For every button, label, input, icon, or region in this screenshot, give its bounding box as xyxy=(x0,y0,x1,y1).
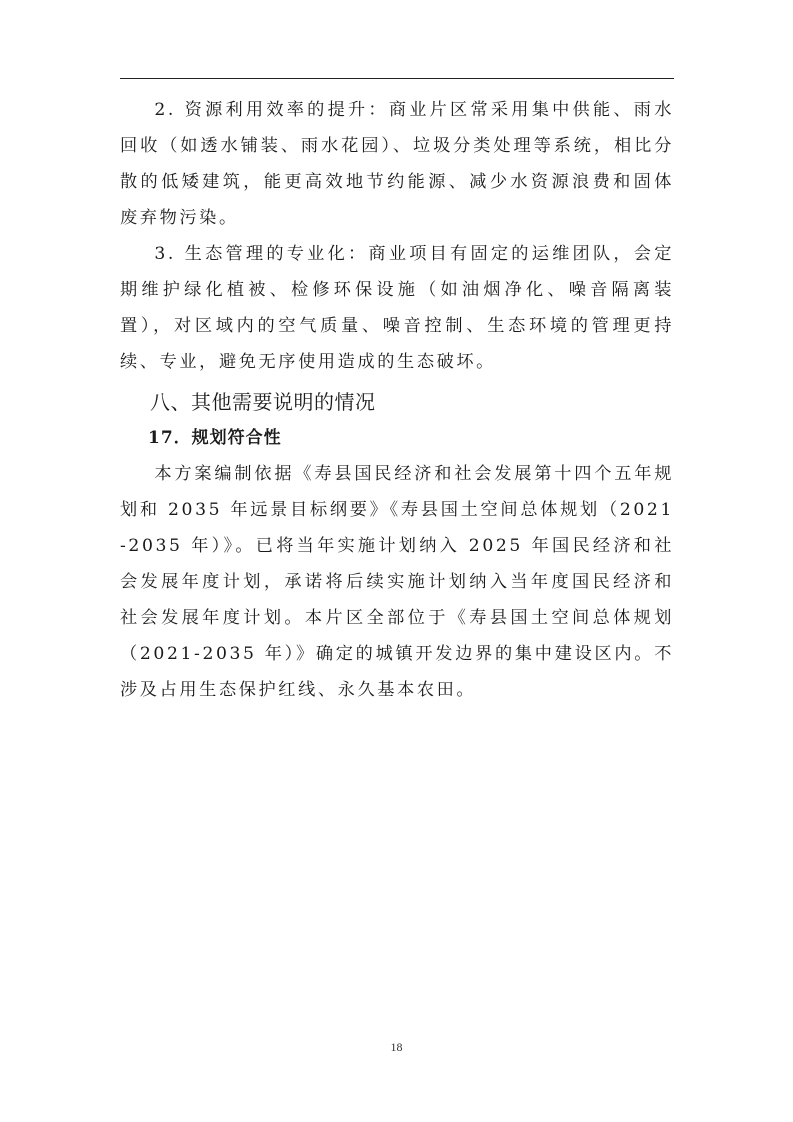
page-content: 2. 资源利用效率的提升：商业片区常采用集中供能、雨水回收（如透水铺装、雨水花园… xyxy=(120,92,674,708)
paragraph-resource-efficiency: 2. 资源利用效率的提升：商业片区常采用集中供能、雨水回收（如透水铺装、雨水花园… xyxy=(120,92,674,236)
paragraph-ecological-management: 3. 生态管理的专业化：商业项目有固定的运维团队，会定期维护绿化植被、检修环保设… xyxy=(120,236,674,380)
section-heading: 八、其他需要说明的情况 xyxy=(120,384,674,420)
sub-heading-planning-compliance: 17．规划符合性 xyxy=(120,420,674,456)
page-number: 18 xyxy=(0,1040,793,1055)
paragraph-planning-compliance: 本方案编制依据《寿县国民经济和社会发展第十四个五年规划和 2035 年远景目标纲… xyxy=(120,456,674,708)
header-rule xyxy=(120,78,674,79)
